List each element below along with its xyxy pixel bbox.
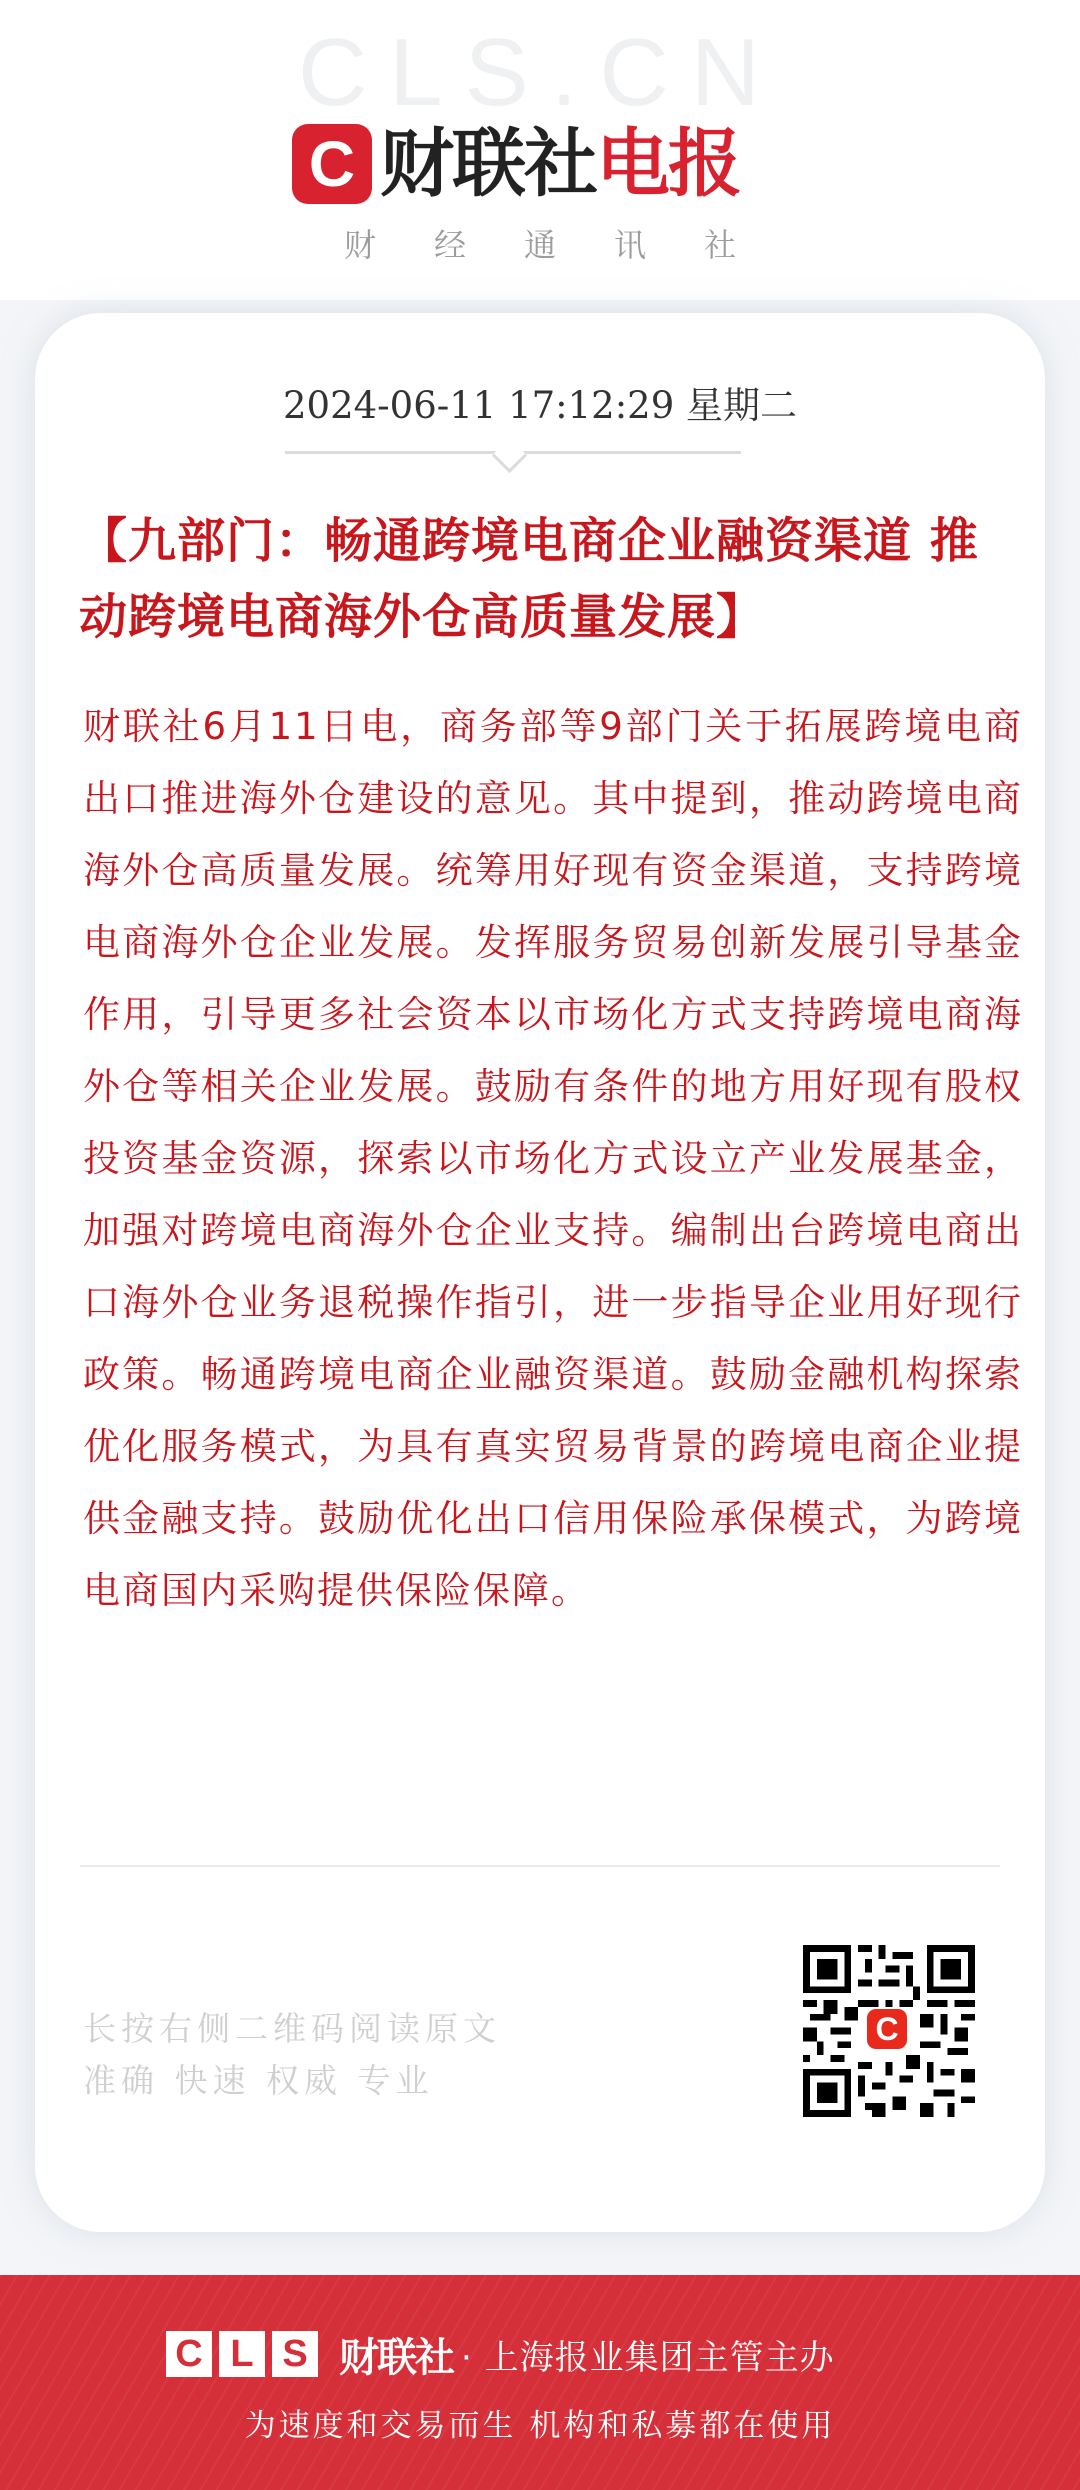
article-body: 财联社6月11日电，商务部等9部门关于拓展跨境电商出口推进海外仓建设的意见。其中…: [83, 691, 1023, 1627]
qr-hint-line2: 准确 快速 权威 专业: [83, 2055, 501, 2107]
qr-logo-icon: C: [867, 2009, 907, 2049]
footer-banner: C L S 财联社 · 上海报业集团主管主办 为速度和交易而生 机构和私募都在使…: [0, 2275, 1080, 2490]
header: CLS.CN C 财联社 电报 财经通讯社: [0, 0, 1080, 300]
cls-letter-l: L: [219, 2331, 265, 2377]
cls-letter-s: S: [272, 2331, 318, 2377]
cls-logo-icon: C: [292, 124, 372, 204]
section-divider: [80, 1865, 1000, 1867]
footer-brand-name: 财联社: [339, 2326, 453, 2383]
qr-hint-line1: 长按右侧二维码阅读原文: [83, 2003, 501, 2055]
footer-publisher: · 上海报业集团主管主办: [461, 2330, 835, 2379]
article-card: 2024-06-11 17:12:29 星期二 【九部门：畅通跨境电商企业融资渠…: [35, 313, 1045, 2232]
qr-hint: 长按右侧二维码阅读原文 准确 快速 权威 专业: [83, 2003, 501, 2107]
tagline: 财经通讯社: [0, 220, 1080, 266]
footer-brand-row: C L S 财联社 · 上海报业集团主管主办: [166, 2330, 835, 2378]
watermark-text: CLS.CN: [0, 18, 1080, 128]
article-title: 【九部门：畅通跨境电商企业融资渠道 推动跨境电商海外仓高质量发展】: [79, 503, 1009, 655]
cls-letter-c: C: [166, 2331, 212, 2377]
brand-name: 财联社: [380, 118, 596, 210]
footer-slogan: 为速度和交易而生 机构和私募都在使用: [0, 2400, 1080, 2445]
divider-notch-icon: [492, 438, 527, 473]
qr-code[interactable]: C: [803, 1945, 975, 2117]
brand-sub: 电报: [596, 118, 740, 210]
article-datetime: 2024-06-11 17:12:29 星期二: [35, 375, 1045, 429]
brand-logo: C 财联社 电报: [292, 118, 740, 210]
